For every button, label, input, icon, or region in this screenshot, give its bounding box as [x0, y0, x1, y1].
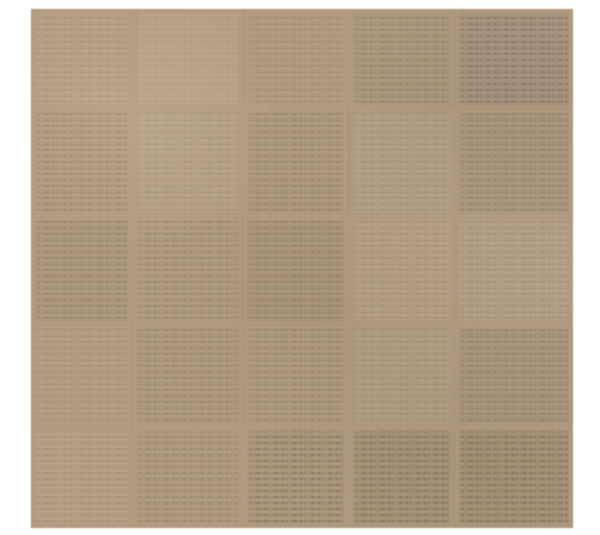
texture-patch: [31, 217, 133, 325]
texture-patch: [349, 325, 455, 427]
texture-patch-layer: [31, 9, 573, 528]
texture-patch: [31, 9, 133, 109]
texture-patch: [243, 217, 349, 325]
texture-patch: [455, 9, 573, 109]
texture-patch: [243, 325, 349, 427]
texture-patch: [349, 109, 455, 217]
texture-patch: [349, 217, 455, 325]
texture-patch: [31, 325, 133, 427]
texture-patch: [133, 217, 243, 325]
texture-patch: [243, 427, 349, 528]
texture-patch: [455, 217, 573, 325]
texture-patch: [133, 109, 243, 217]
texture-patch: [133, 427, 243, 528]
texture-patch: [31, 427, 133, 528]
texture-patch: [455, 325, 573, 427]
texture-patch: [31, 109, 133, 217]
texture-patch: [349, 427, 455, 528]
texture-patch: [455, 109, 573, 217]
texture-patch: [243, 109, 349, 217]
newsprint-texture-swatch: [31, 9, 573, 528]
texture-patch: [133, 325, 243, 427]
texture-patch: [349, 9, 455, 109]
texture-patch: [243, 9, 349, 109]
page-background: [0, 0, 600, 535]
texture-patch: [133, 9, 243, 109]
texture-patch: [455, 427, 573, 528]
